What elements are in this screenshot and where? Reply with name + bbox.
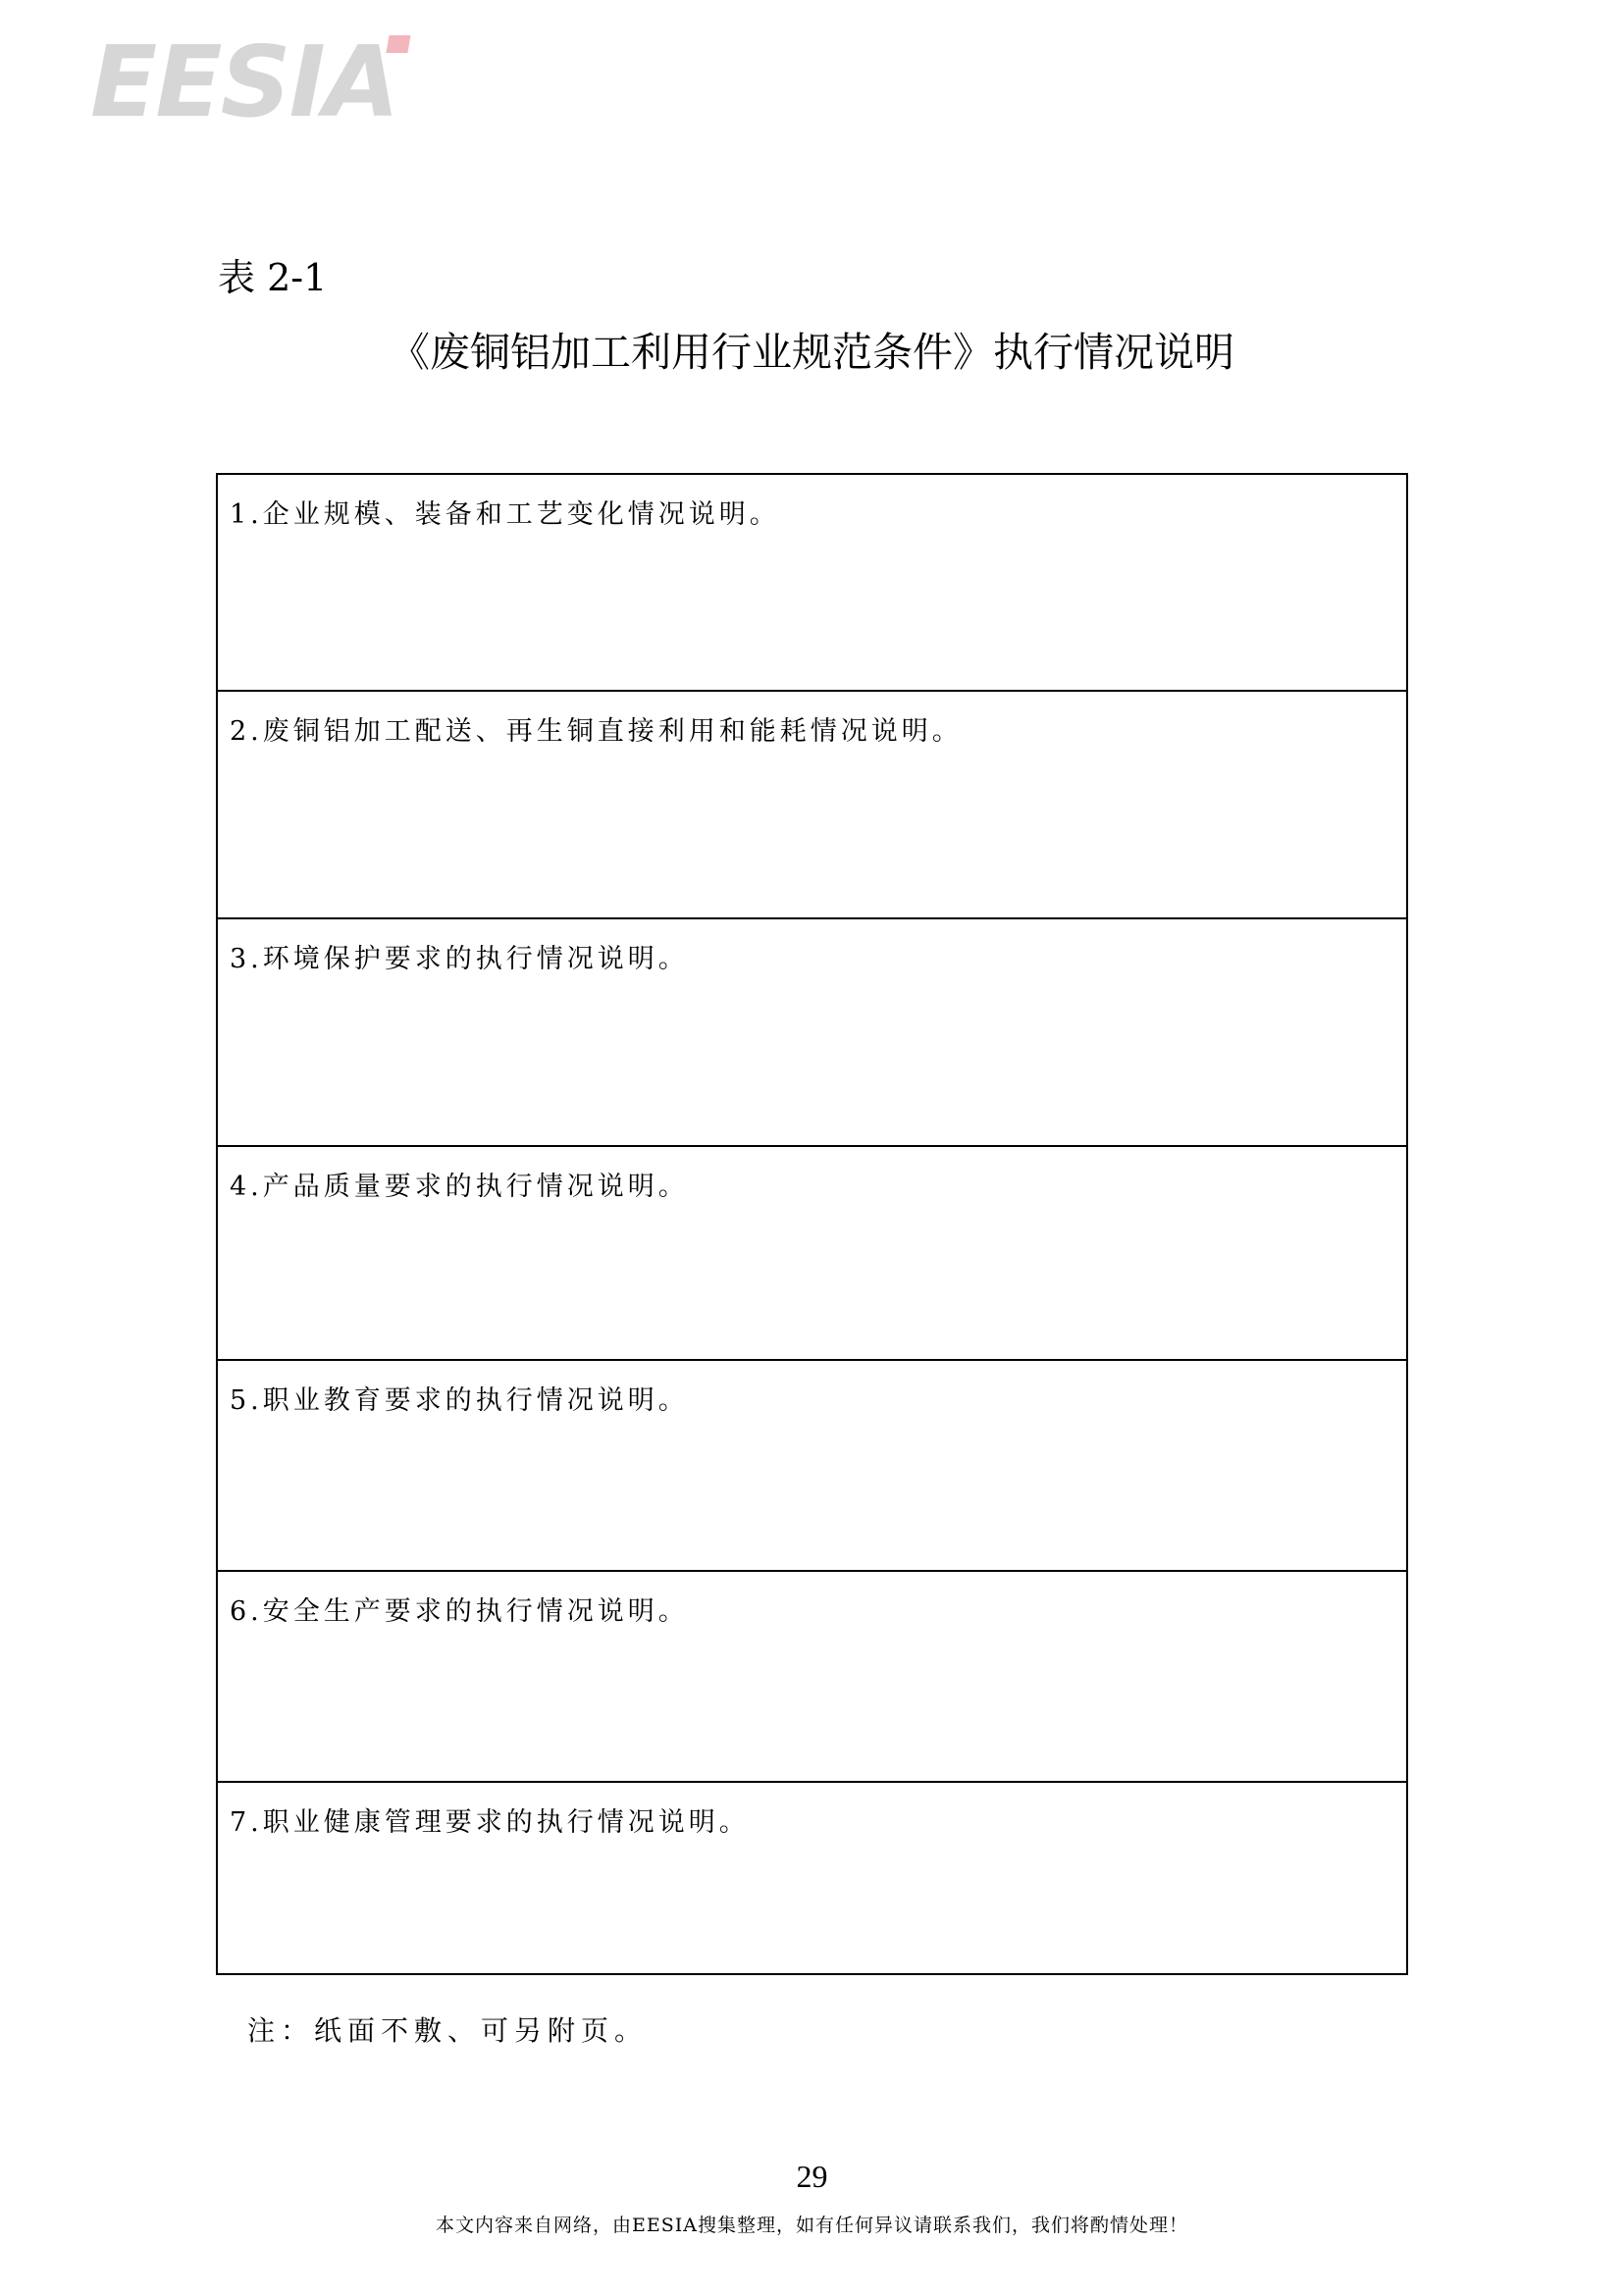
- row-label: 2.废铜铝加工配送、再生铜直接利用和能耗情况说明。: [230, 716, 963, 747]
- row-label: 1.企业规模、装备和工艺变化情况说明。: [230, 499, 780, 530]
- logo-accent-icon: [386, 35, 410, 53]
- table-row[interactable]: 2.废铜铝加工配送、再生铜直接利用和能耗情况说明。: [218, 692, 1406, 919]
- document-title: 《废铜铝加工利用行业规范条件》执行情况说明: [0, 320, 1624, 378]
- table-row[interactable]: 4.产品质量要求的执行情况说明。: [218, 1147, 1406, 1361]
- logo-text: EESIA: [90, 25, 397, 139]
- row-label: 4.产品质量要求的执行情况说明。: [230, 1172, 689, 1202]
- table-note: 注：纸面不敷、可另附页。: [247, 2009, 648, 2049]
- page-number: 29: [0, 2159, 1624, 2195]
- row-label: 6.安全生产要求的执行情况说明。: [230, 1596, 689, 1627]
- row-label: 7.职业健康管理要求的执行情况说明。: [230, 1807, 750, 1838]
- footer-disclaimer: 本文内容来自网络，由EESIA搜集整理，如有任何异议请联系我们，我们将酌情处理！: [0, 2211, 1624, 2237]
- table-row[interactable]: 7.职业健康管理要求的执行情况说明。: [218, 1783, 1406, 1973]
- row-label: 3.环境保护要求的执行情况说明。: [230, 944, 689, 974]
- row-label: 5.职业教育要求的执行情况说明。: [230, 1385, 689, 1416]
- table-row[interactable]: 6.安全生产要求的执行情况说明。: [218, 1572, 1406, 1783]
- table-row[interactable]: 1.企业规模、装备和工艺变化情况说明。: [218, 475, 1406, 692]
- table-number: 表 2-1: [218, 247, 327, 301]
- eesia-logo: EESIA: [90, 33, 397, 131]
- table-row[interactable]: 5.职业教育要求的执行情况说明。: [218, 1361, 1406, 1572]
- explanation-table: 1.企业规模、装备和工艺变化情况说明。 2.废铜铝加工配送、再生铜直接利用和能耗…: [216, 473, 1408, 1975]
- table-row[interactable]: 3.环境保护要求的执行情况说明。: [218, 919, 1406, 1147]
